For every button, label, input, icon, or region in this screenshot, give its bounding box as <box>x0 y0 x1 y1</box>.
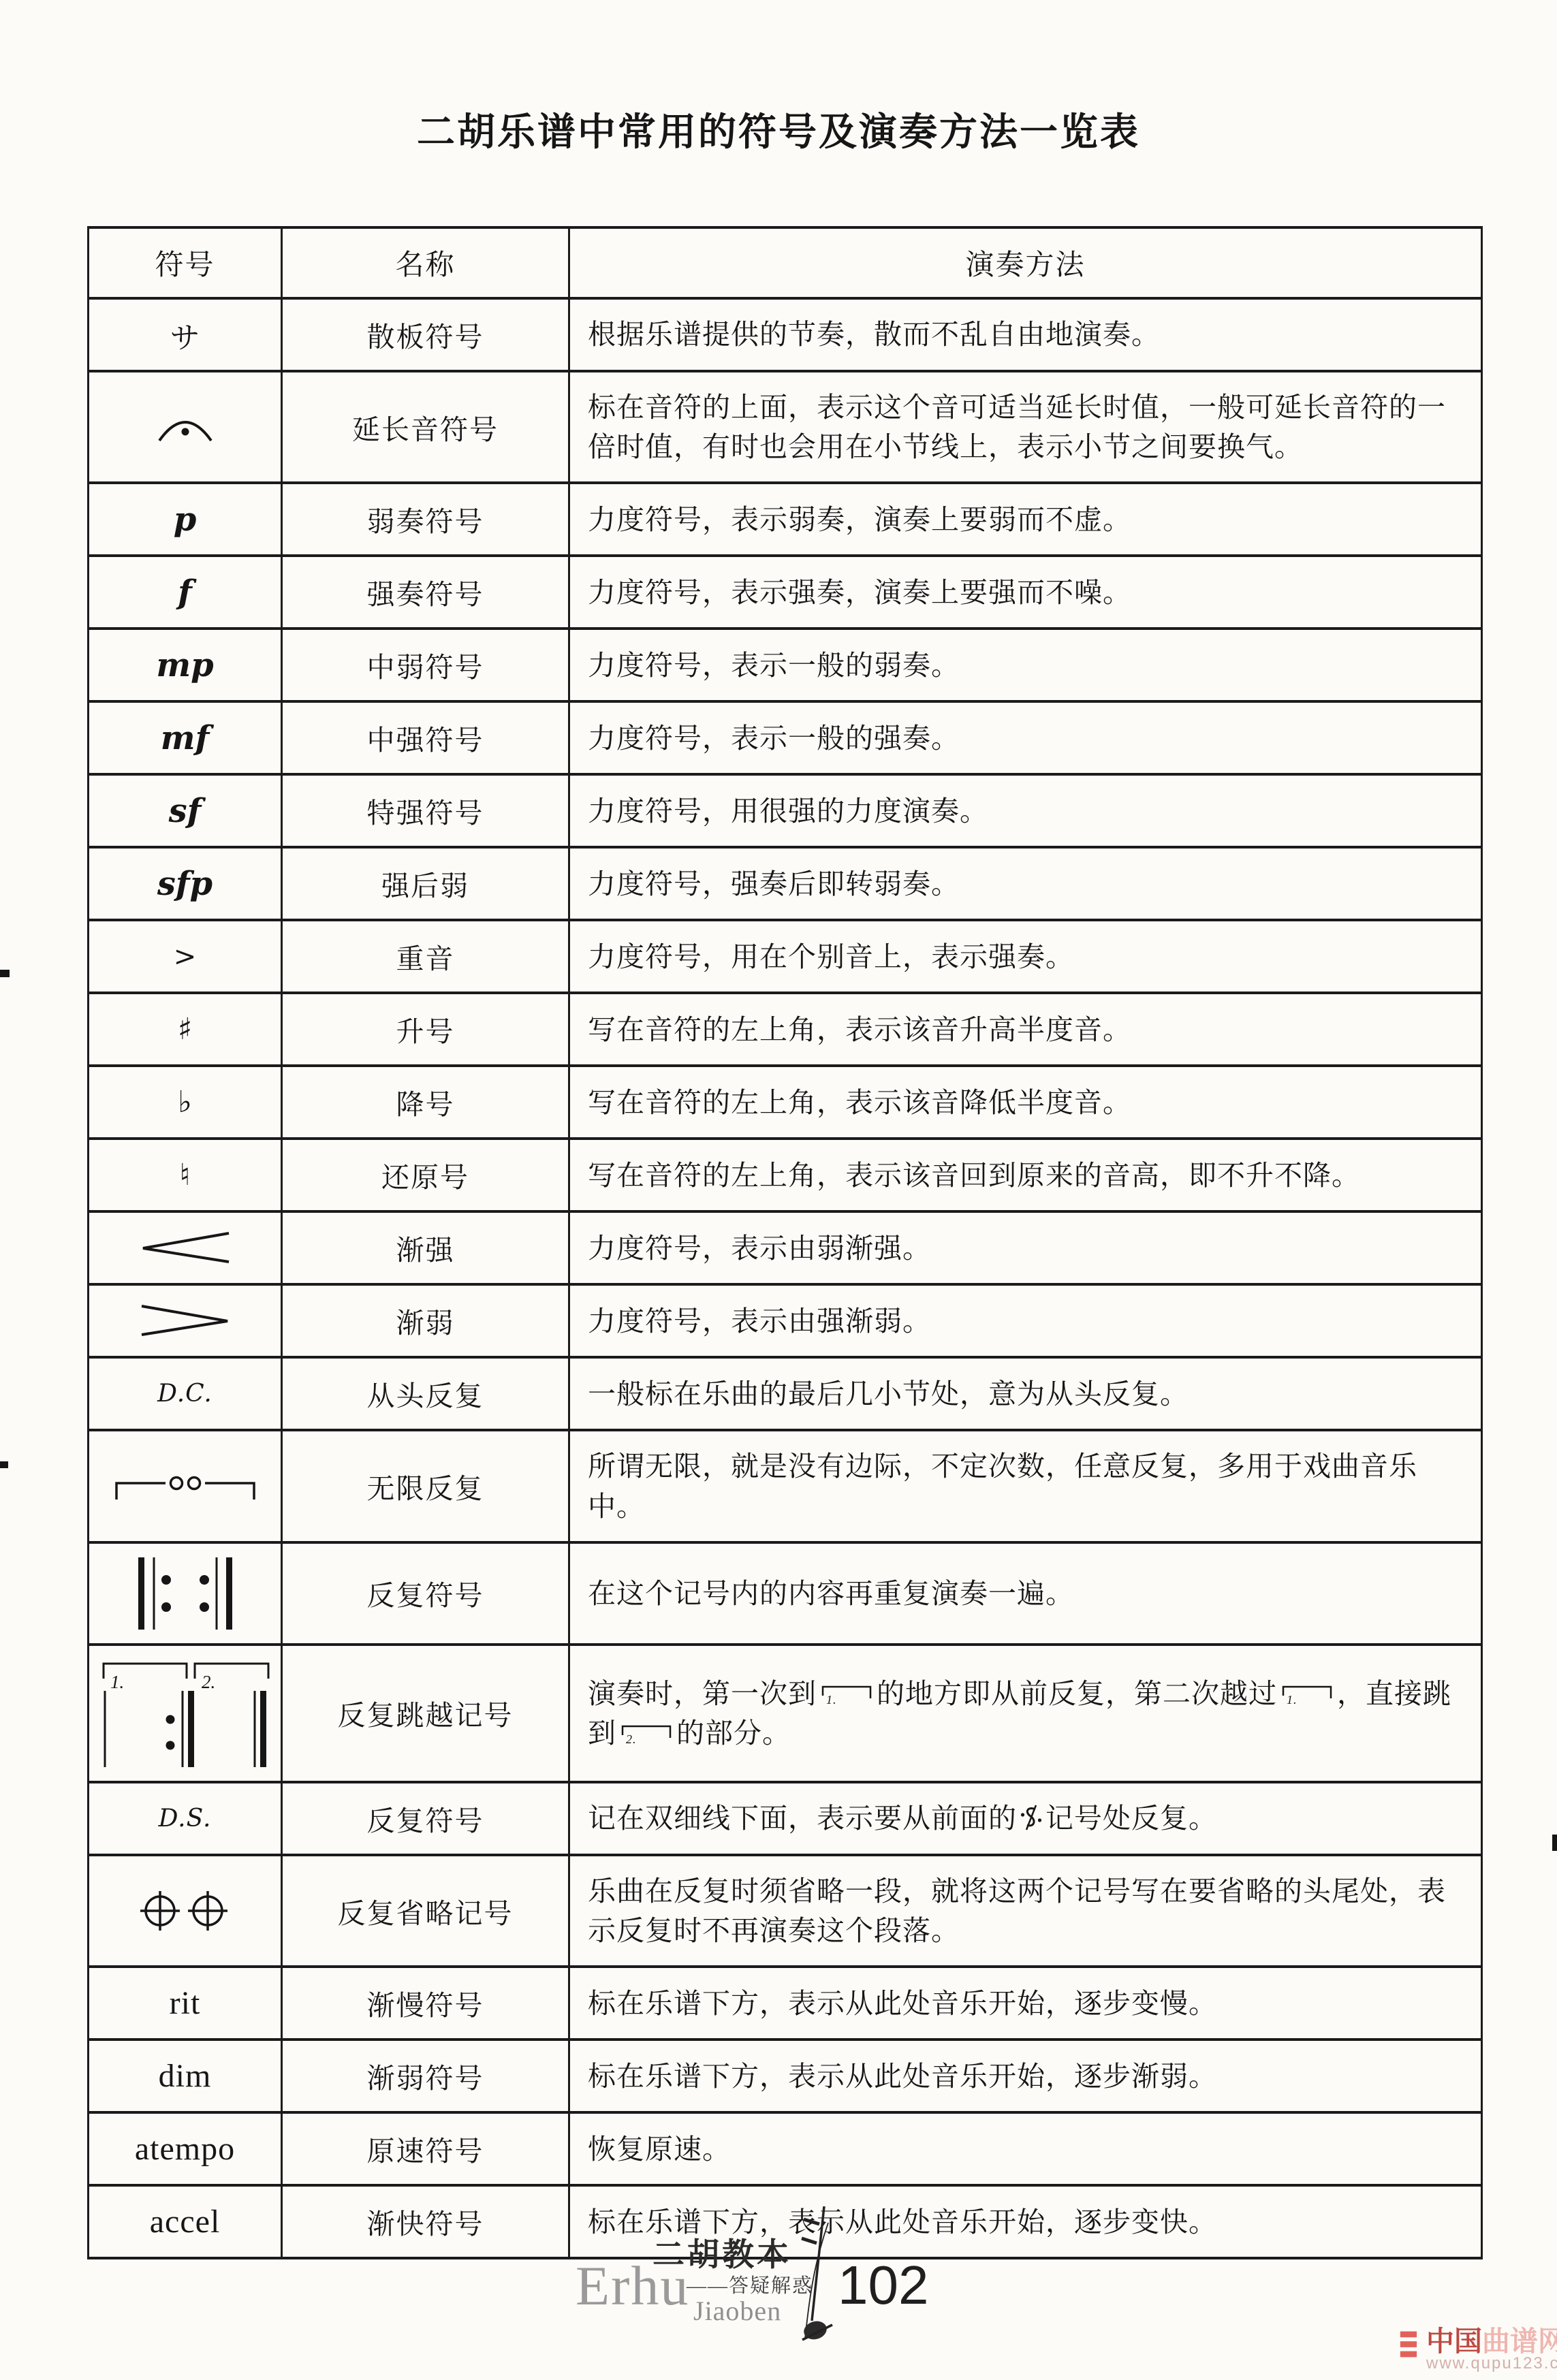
name-cell: 渐弱 <box>282 1284 569 1357</box>
name-cell: 强后弱 <box>282 847 569 920</box>
column-header: 符号 <box>89 227 282 298</box>
name-cell: 反复省略记号 <box>282 1855 569 1967</box>
symbol-cell: mp <box>89 629 282 701</box>
name-cell: 降号 <box>282 1066 569 1139</box>
name-cell: 还原号 <box>282 1139 569 1211</box>
volta1-inline-icon: 1. <box>817 1678 877 1709</box>
scan-smudge <box>1552 1835 1557 1851</box>
description-cell: 写在音符的左上角，表示该音降低半度音。 <box>569 1066 1482 1139</box>
symbol-cell <box>89 1284 282 1357</box>
name-cell: 特强符号 <box>282 774 569 847</box>
description-cell: 标在音符的上面，表示这个音可适当延长时值，一般可延长音符的一倍时值，有时也会用在… <box>569 371 1482 483</box>
description-cell: 演奏时，第一次到1.的地方即从前反复，第二次越过1.，直接跳到2.的部分。 <box>569 1645 1482 1782</box>
atempo-symbol: atempo <box>135 2131 235 2167</box>
coda-pair-icon <box>134 1905 236 1916</box>
description-cell: 恢复原速。 <box>569 2112 1482 2185</box>
description-cell: 一般标在乐曲的最后几小节处，意为从头反复。 <box>569 1357 1482 1430</box>
description-cell: 写在音符的左上角，表示该音回到原来的音高，即不升不降。 <box>569 1139 1482 1211</box>
name-cell: 重音 <box>282 920 569 993</box>
name-cell: 反复符号 <box>282 1782 569 1855</box>
name-cell: 延长音符号 <box>282 371 569 483</box>
flat-symbol: ♭ <box>178 1085 192 1120</box>
name-cell: 渐强 <box>282 1211 569 1284</box>
name-cell: 渐弱符号 <box>282 2040 569 2112</box>
name-cell: 弱奏符号 <box>282 483 569 556</box>
accel-symbol: accel <box>150 2204 221 2240</box>
symbol-cell: sfp <box>89 847 282 920</box>
table-row: dim渐弱符号标在乐谱下方，表示从此处音乐开始，逐步渐弱。 <box>89 2040 1482 2112</box>
watermark-site-name: 中国曲谱网 <box>1426 2319 1557 2359</box>
symbol-cell: dim <box>89 2040 282 2112</box>
table-row: 延长音符号标在音符的上面，表示这个音可适当延长时值，一般可延长音符的一倍时值，有… <box>89 371 1482 483</box>
table-row: rit渐慢符号标在乐谱下方，表示从此处音乐开始，逐步变慢。 <box>89 1967 1482 2040</box>
crescendo-icon <box>138 1242 233 1254</box>
name-cell: 原速符号 <box>282 2112 569 2185</box>
infinite-repeat-icon <box>110 1480 261 1491</box>
mezzo-forte-symbol: mf <box>161 719 209 757</box>
symbol-cell: ♯ <box>89 993 282 1066</box>
description-cell: 力度符号，强奏后即转弱奏。 <box>569 847 1482 920</box>
fermata-icon <box>154 421 217 432</box>
description-cell: 力度符号，表示弱奏，演奏上要弱而不虚。 <box>569 483 1482 556</box>
symbol-cell: D.S. <box>89 1782 282 1855</box>
name-cell: 渐慢符号 <box>282 1967 569 2040</box>
table-row: ♮还原号写在音符的左上角，表示该音回到原来的音高，即不升不降。 <box>89 1139 1482 1211</box>
dim-symbol: dim <box>159 2058 212 2094</box>
table-head: 符号名称演奏方法 <box>89 227 1482 298</box>
accent-symbol: > <box>174 941 197 972</box>
symbol-cell <box>89 1211 282 1284</box>
volta-brackets-icon: 1.2. <box>94 1707 277 1719</box>
volta1-inline-icon: 1. <box>1277 1678 1337 1709</box>
page-title: 二胡乐谱中常用的符号及演奏方法一览表 <box>0 102 1557 157</box>
symbol-cell <box>89 1542 282 1645</box>
svg-text:1.: 1. <box>826 1693 837 1707</box>
symbol-cell: rit <box>89 1967 282 2040</box>
table-row: >重音力度符号，用在个别音上，表示强奏。 <box>89 920 1482 993</box>
svg-text:1.: 1. <box>110 1672 124 1692</box>
page-number: 102 <box>838 2254 928 2317</box>
book-subtitle-en: Jiaoben <box>693 2295 781 2327</box>
decrescendo-icon <box>138 1315 233 1327</box>
symbol-cell: ♮ <box>89 1139 282 1211</box>
name-cell: 升号 <box>282 993 569 1066</box>
column-header: 演奏方法 <box>569 227 1482 298</box>
symbol-cell <box>89 1855 282 1967</box>
scan-smudge <box>0 970 10 977</box>
table-row: sfp强后弱力度符号，强奏后即转弱奏。 <box>89 847 1482 920</box>
name-cell: 强奏符号 <box>282 556 569 629</box>
scanned-page: 二胡乐谱中常用的符号及演奏方法一览表 符号名称演奏方法 サ散板符号根据乐谱提供的… <box>0 0 1557 2380</box>
table-row: 渐强力度符号，表示由弱渐强。 <box>89 1211 1482 1284</box>
name-cell: 中弱符号 <box>282 629 569 701</box>
description-cell: 标在乐谱下方，表示从此处音乐开始，逐步变慢。 <box>569 1967 1482 2040</box>
symbol-cell: atempo <box>89 2112 282 2185</box>
description-cell: 标在乐谱下方，表示从此处音乐开始，逐步渐弱。 <box>569 2040 1482 2112</box>
description-cell: 记在双细线下面，表示要从前面的记号处反复。 <box>569 1782 1482 1855</box>
name-cell: 反复符号 <box>282 1542 569 1645</box>
table-row: f强奏符号力度符号，表示强奏，演奏上要强而不噪。 <box>89 556 1482 629</box>
table-row: mp中弱符号力度符号，表示一般的弱奏。 <box>89 629 1482 701</box>
table-row: 渐弱力度符号，表示由强渐弱。 <box>89 1284 1482 1357</box>
volta2-inline-icon: 2. <box>616 1717 676 1749</box>
table-row: ♭降号写在音符的左上角，表示该音降低半度音。 <box>89 1066 1482 1139</box>
description-cell: 力度符号，用很强的力度演奏。 <box>569 774 1482 847</box>
description-cell: 力度符号，用在个别音上，表示强奏。 <box>569 920 1482 993</box>
sharp-symbol: ♯ <box>178 1012 192 1047</box>
description-cell: 力度符号，表示一般的强奏。 <box>569 701 1482 774</box>
name-cell: 反复跳越记号 <box>282 1645 569 1782</box>
symbol-cell: D.C. <box>89 1357 282 1430</box>
watermark-site-url: www.qupu123.com <box>1426 2354 1557 2373</box>
table-row: サ散板符号根据乐谱提供的节奏，散而不乱自由地演奏。 <box>89 298 1482 371</box>
mezzo-piano-symbol: mp <box>156 646 213 684</box>
svg-text:2.: 2. <box>202 1672 215 1692</box>
sforzando-symbol: sf <box>169 792 202 830</box>
name-cell: 中强符号 <box>282 701 569 774</box>
site-watermark: 中国曲谱网 www.qupu123.com <box>1373 2313 1552 2376</box>
description-cell: 写在音符的左上角，表示该音升高半度音。 <box>569 993 1482 1066</box>
name-cell: 无限反复 <box>282 1430 569 1542</box>
qupu-logo-icon <box>1373 2323 1421 2370</box>
header-row: 符号名称演奏方法 <box>89 227 1482 298</box>
table-row: 1.2.反复跳越记号演奏时，第一次到1.的地方即从前反复，第二次越过1.，直接跳… <box>89 1645 1482 1782</box>
svg-text:2.: 2. <box>626 1732 637 1746</box>
table-row: D.C.从头反复一般标在乐曲的最后几小节处，意为从头反复。 <box>89 1357 1482 1430</box>
symbol-cell: ♭ <box>89 1066 282 1139</box>
table-row: ♯升号写在音符的左上角，表示该音升高半度音。 <box>89 993 1482 1066</box>
table-row: p弱奏符号力度符号，表示弱奏，演奏上要弱而不虚。 <box>89 483 1482 556</box>
symbol-cell <box>89 371 282 483</box>
column-header: 名称 <box>282 227 569 298</box>
natural-symbol: ♮ <box>180 1158 191 1192</box>
sforzando-piano-symbol: sfp <box>157 865 213 903</box>
symbol-table: 符号名称演奏方法 サ散板符号根据乐谱提供的节奏，散而不乱自由地演奏。延长音符号标… <box>87 226 1483 2259</box>
symbol-cell: sf <box>89 774 282 847</box>
description-cell: 所谓无限，就是没有边际，不定次数，任意反复，多用于戏曲音乐中。 <box>569 1430 1482 1542</box>
description-cell: 根据乐谱提供的节奏，散而不乱自由地演奏。 <box>569 298 1482 371</box>
dal-segno-symbol: D.S. <box>159 1805 212 1832</box>
rit-symbol: rit <box>170 1985 201 2021</box>
svg-text:1.: 1. <box>1287 1693 1297 1707</box>
name-cell: 渐快符号 <box>282 2185 569 2258</box>
table-body: サ散板符号根据乐谱提供的节奏，散而不乱自由地演奏。延长音符号标在音符的上面，表示… <box>89 298 1482 2258</box>
table-row: sf特强符号力度符号，用很强的力度演奏。 <box>89 774 1482 847</box>
segno-icon <box>1017 1803 1045 1834</box>
watermark-site-name-primary: 中国 <box>1426 2326 1482 2357</box>
table-row: 无限反复所谓无限，就是没有边际，不定次数，任意反复，多用于戏曲音乐中。 <box>89 1430 1482 1542</box>
watermark-site-name-secondary: 曲谱网 <box>1482 2326 1557 2357</box>
forte-symbol: f <box>178 573 192 612</box>
book-title-cn: 二胡教本 <box>652 2230 791 2275</box>
symbol-cell: p <box>89 483 282 556</box>
table-row: atempo原速符号恢复原速。 <box>89 2112 1482 2185</box>
table-row: mf中强符号力度符号，表示一般的强奏。 <box>89 701 1482 774</box>
symbol-cell: サ <box>89 298 282 371</box>
symbol-cell: mf <box>89 701 282 774</box>
description-cell: 在这个记号内的内容再重复演奏一遍。 <box>569 1542 1482 1645</box>
page-footer: Erhu 二胡教本 ——答疑解惑 Jiaoben 102 <box>633 2221 988 2371</box>
piano-symbol: p <box>174 501 197 539</box>
name-cell: 从头反复 <box>282 1357 569 1430</box>
symbol-cell: accel <box>89 2185 282 2258</box>
table-row: 反复省略记号乐曲在反复时须省略一段，就将这两个记号写在要省略的头尾处，表示反复时… <box>89 1855 1482 1967</box>
repeat-sign-icon <box>121 1587 250 1599</box>
table-row: D.S.反复符号记在双细线下面，表示要从前面的记号处反复。 <box>89 1782 1482 1855</box>
symbol-cell: f <box>89 556 282 629</box>
table-row: 反复符号在这个记号内的内容再重复演奏一遍。 <box>89 1542 1482 1645</box>
description-cell: 力度符号，表示一般的弱奏。 <box>569 629 1482 701</box>
description-cell: 力度符号，表示由弱渐强。 <box>569 1211 1482 1284</box>
symbol-cell <box>89 1430 282 1542</box>
symbol-cell: > <box>89 920 282 993</box>
name-cell: 散板符号 <box>282 298 569 371</box>
scan-smudge <box>0 1461 8 1468</box>
sanban-symbol: サ <box>170 321 200 355</box>
symbol-cell: 1.2. <box>89 1645 282 1782</box>
da-capo-symbol: D.C. <box>157 1380 213 1408</box>
description-cell: 力度符号，表示由强渐弱。 <box>569 1284 1482 1357</box>
description-cell: 乐曲在反复时须省略一段，就将这两个记号写在要省略的头尾处，表示反复时不再演奏这个… <box>569 1855 1482 1967</box>
description-cell: 力度符号，表示强奏，演奏上要强而不噪。 <box>569 556 1482 629</box>
